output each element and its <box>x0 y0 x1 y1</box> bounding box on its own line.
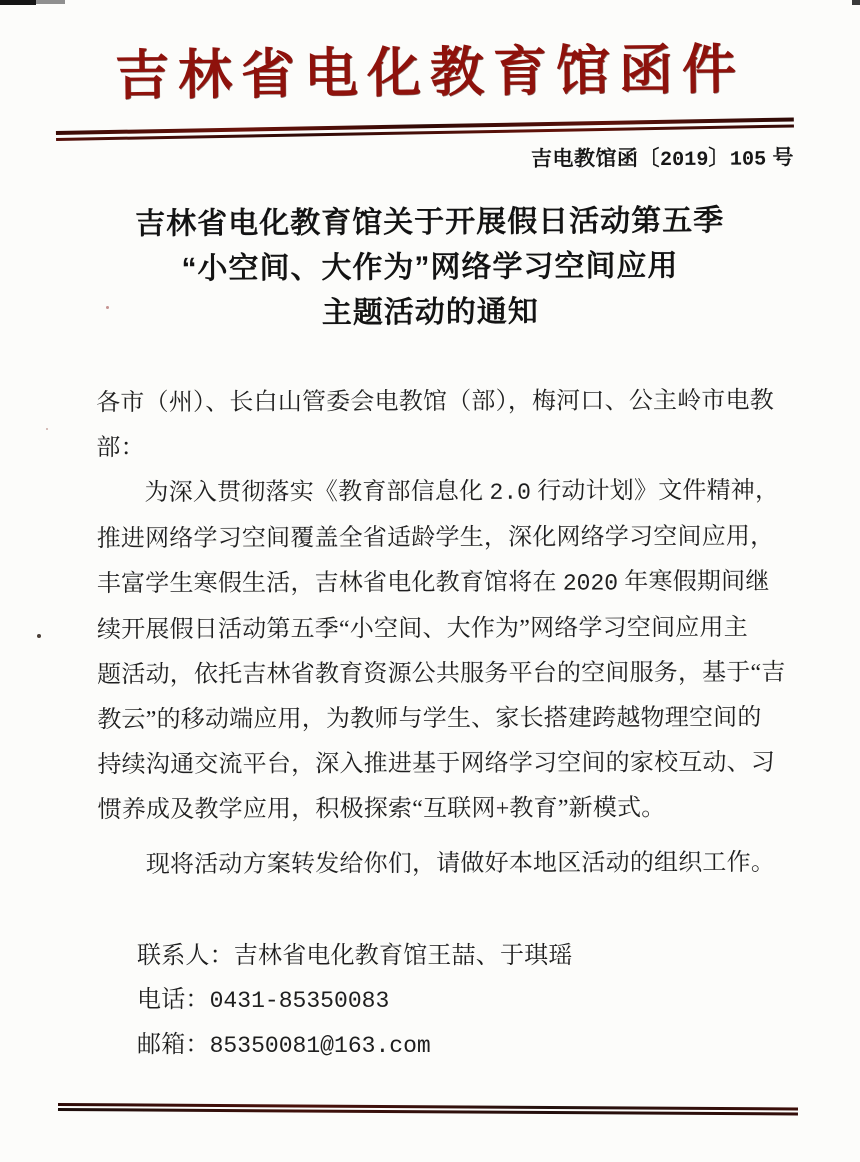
letterhead-title: 吉林省电化教育馆函件 <box>0 31 860 114</box>
body-line: 为深入贯彻落实《教育部信息化 2.0 行动计划》文件精神， <box>96 469 796 517</box>
letterhead-double-rule <box>56 117 794 141</box>
scan-artifact <box>37 634 41 638</box>
scan-artifact <box>36 0 65 4</box>
salutation-line: 各市（州）、长白山管委会电教馆（部），梅河口、公主岭市电教 <box>96 379 796 426</box>
body-line: 教云”的移动端应用，为教师与学生、家长搭建跨越物理空间的 <box>97 696 797 743</box>
contact-phone: 电话：0431-85350083 <box>137 978 573 1023</box>
body-line: 现将活动方案转发给你们，请做好本地区活动的组织工作。 <box>98 841 798 888</box>
body-line: 续开展假日活动第五季“小空间、大作为”网络学习空间应用主 <box>97 606 797 653</box>
scanned-official-letter: 吉林省电化教育馆函件 吉电教馆函〔2019〕105 号 吉林省电化教育馆关于开展… <box>0 0 860 1162</box>
document-number: 吉电教馆函〔2019〕105 号 <box>531 141 794 172</box>
notice-title: 吉林省电化教育馆关于开展假日活动第五季 “小空间、大作为”网络学习空间应用 主题… <box>0 197 860 337</box>
notice-title-line: “小空间、大作为”网络学习空间应用 <box>0 242 860 292</box>
salutation-line: 部： <box>96 424 796 471</box>
body-line: 推进网络学习空间覆盖全省适龄学生，深化网络学习空间应用， <box>97 515 797 562</box>
contact-email: 邮箱：85350081@163.com <box>137 1023 573 1068</box>
scan-artifact <box>46 428 48 430</box>
body-line: 惯养成及教学应用，积极探索“互联网+教育”新模式。 <box>98 786 798 833</box>
body-line: 题活动，依托吉林省教育资源公共服务平台的空间服务，基于“吉 <box>97 651 797 698</box>
scan-artifact <box>852 0 860 5</box>
body-line: 持续沟通交流平台，深入推进基于网络学习空间的家校互动、习 <box>97 741 797 788</box>
notice-title-line: 吉林省电化教育馆关于开展假日活动第五季 <box>0 197 860 247</box>
scan-artifact <box>0 0 36 5</box>
letter-body: 各市（州）、长白山管委会电教馆（部），梅河口、公主岭市电教 部： 为深入贯彻落实… <box>96 379 798 888</box>
footer-double-rule <box>58 1103 798 1115</box>
notice-title-line: 主题活动的通知 <box>0 287 860 337</box>
body-line: 丰富学生寒假生活，吉林省电化教育馆将在 2020 年寒假期间继 <box>97 560 797 608</box>
contact-info: 联系人：吉林省电化教育馆王喆、于琪瑶 电话：0431-85350083 邮箱：8… <box>137 934 573 1068</box>
contact-person: 联系人：吉林省电化教育馆王喆、于琪瑶 <box>137 934 573 978</box>
